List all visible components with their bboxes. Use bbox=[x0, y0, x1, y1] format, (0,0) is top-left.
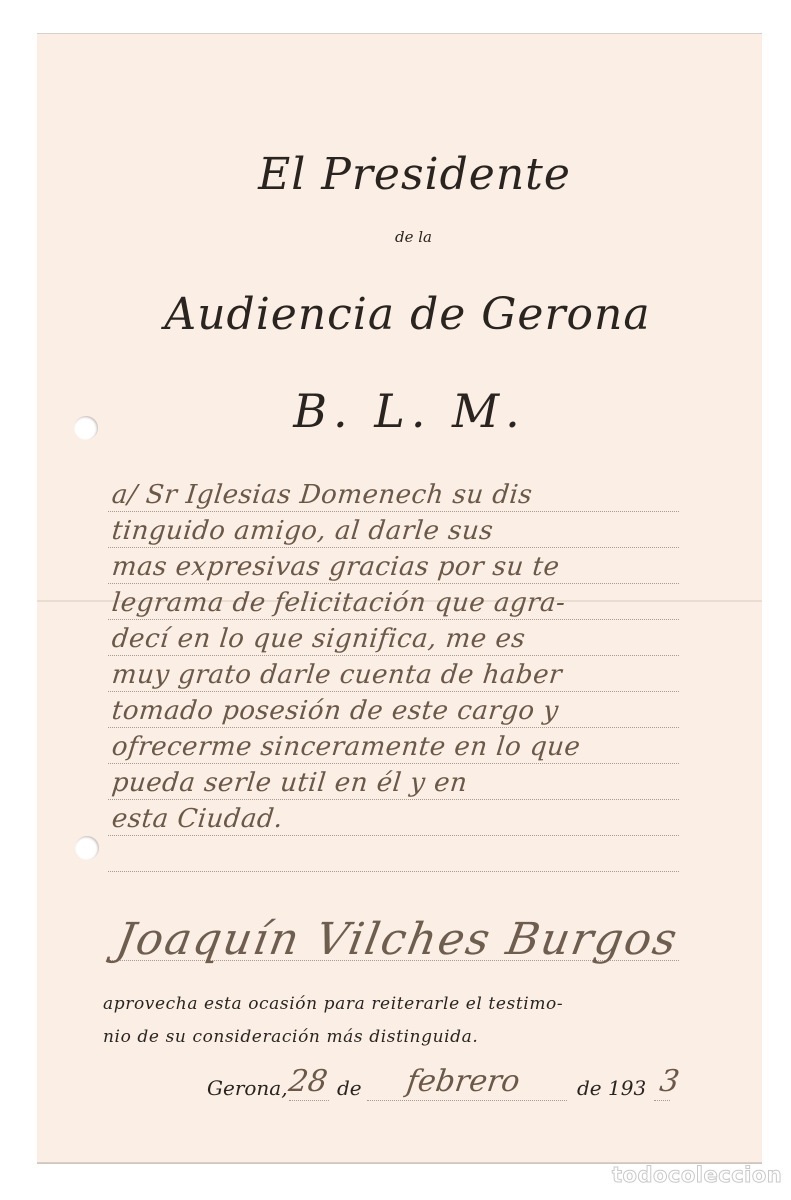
ruled-line bbox=[108, 619, 679, 620]
date-year-digit: 3 bbox=[658, 1064, 682, 1099]
handwritten-line: ofrecerme sinceramente en lo que bbox=[110, 732, 582, 762]
ruled-line bbox=[108, 799, 679, 800]
date-year-dots bbox=[654, 1100, 670, 1101]
letter-paper: El Presidente de la Audiencia de Gerona … bbox=[37, 33, 762, 1163]
letterhead-audiencia: Audiencia de Gerona bbox=[37, 289, 762, 340]
handwritten-line: tinguido amigo, al darle sus bbox=[110, 516, 494, 546]
punch-hole-bottom bbox=[75, 836, 99, 860]
handwritten-line: decí en lo que significa, me es bbox=[110, 624, 526, 654]
ruled-line bbox=[108, 727, 679, 728]
ruled-line bbox=[108, 583, 679, 584]
closing-line-2: nio de su consideración más distinguida. bbox=[103, 1027, 478, 1047]
date-line: Gerona, 28 de febrero de 193 3 bbox=[207, 1062, 687, 1112]
ruled-line bbox=[108, 835, 679, 836]
handwritten-line: esta Ciudad. bbox=[110, 804, 284, 834]
ruled-line bbox=[108, 691, 679, 692]
date-day: 28 bbox=[287, 1064, 330, 1099]
letterhead-de-la: de la bbox=[37, 228, 762, 246]
closing-line-1: aprovecha esta ocasión para reiterarle e… bbox=[103, 994, 563, 1014]
date-month-dots bbox=[367, 1100, 567, 1101]
handwritten-line: legrama de felicitación que agra- bbox=[110, 588, 567, 618]
todocoleccion-watermark: todocoleccion bbox=[612, 1163, 782, 1187]
letterhead-title-presidente: El Presidente bbox=[37, 149, 762, 200]
handwritten-line: muy grato darle cuenta de haber bbox=[110, 660, 563, 690]
ruled-line bbox=[108, 547, 679, 548]
date-day-dots bbox=[289, 1100, 329, 1101]
date-de-1: de bbox=[337, 1076, 362, 1100]
handwritten-line: a/ Sr Iglesias Domenech su dis bbox=[110, 480, 533, 510]
handwritten-line: mas expresivas gracias por su te bbox=[110, 552, 561, 582]
date-de-year-prefix: de 193 bbox=[577, 1076, 646, 1100]
ruled-line bbox=[108, 655, 679, 656]
date-month: febrero bbox=[405, 1064, 522, 1099]
ruled-line bbox=[108, 511, 679, 512]
ruled-line bbox=[108, 763, 679, 764]
handwritten-line: tomado posesión de este cargo y bbox=[110, 696, 560, 726]
letterhead-blm: B. L. M. bbox=[37, 384, 762, 438]
ruled-line bbox=[108, 871, 679, 872]
handwritten-signature: Joaquín Vilches Burgos bbox=[113, 914, 683, 965]
handwritten-line: pueda serle util en él y en bbox=[110, 768, 469, 798]
date-place: Gerona, bbox=[207, 1076, 288, 1100]
